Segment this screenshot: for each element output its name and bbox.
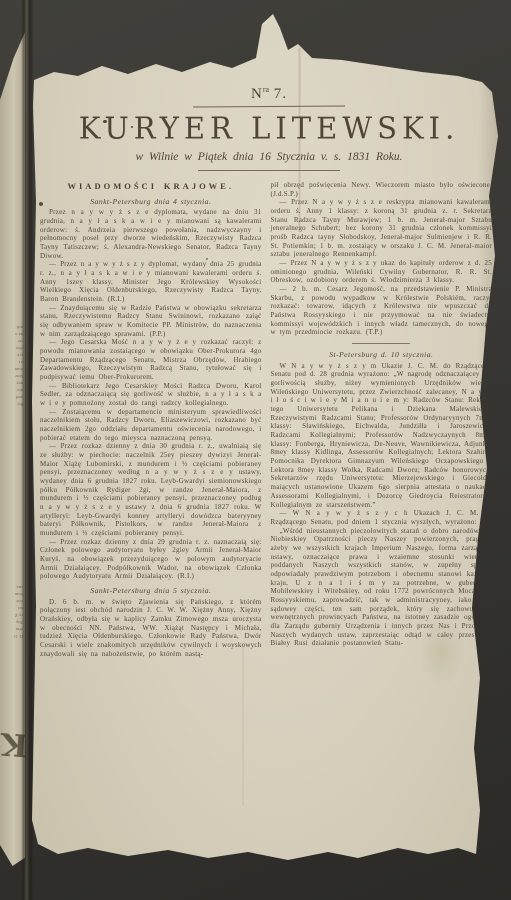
issue-number: Nra 7. <box>30 6 508 103</box>
ink-speck <box>39 202 43 206</box>
section-heading: WIADOMOŚCI KRAJOWE. <box>40 181 262 192</box>
article-paragraph: — 2 b. m. Cesarz Jegomość, na przedstawi… <box>271 285 493 337</box>
article-dateline: Sankt-Petersburg dnia 5 stycznia. <box>40 586 262 596</box>
article-paragraph: D. 6 b. m. w święto Zjawienia się Pański… <box>40 598 262 659</box>
left-column: WIADOMOŚCI KRAJOWE.Sankt-Petersburg dnia… <box>40 181 262 658</box>
article-paragraph: pił obrzęd poświęcenia Newy. Wieczorem m… <box>271 181 493 198</box>
article-paragraph: — Przez n a y w y ż s z y dyplomat, wyda… <box>40 260 262 303</box>
article-paragraph: — Przez N a y w y ż s z e reskrypta mian… <box>271 198 493 259</box>
newspaper-page: Nra 7. KURYER LITEWSKI. w Wilnie w Piąte… <box>30 6 508 888</box>
masthead-dateline: w Wilnie w Piątek dnia 16 Stycznia v. s.… <box>30 151 508 163</box>
masthead-divider <box>193 105 345 107</box>
paper-crease <box>242 646 244 806</box>
article-paragraph: — Zostaiącemu w departamencie ministeryu… <box>40 408 262 443</box>
article-paragraph: — Przez rozkaz dzienny z dnia 29 grudnia… <box>40 538 262 581</box>
article-columns: WIADOMOŚCI KRAJOWE.Sankt-Petersburg dnia… <box>30 179 508 658</box>
article-dateline: St-Petersburg d. 10 stycznia. <box>271 350 493 360</box>
article-paragraph: — Przez rozkaz dzienny z dnia 30 grudnia… <box>40 442 262 537</box>
scan-background: łby pod nia ney kow mun z r. rys obo cie… <box>0 0 511 900</box>
dateline-divider <box>198 170 340 171</box>
ink-speck <box>206 258 208 260</box>
article-paragraph: — Jego Cesarska Mość n a y w y ż e y roz… <box>40 338 262 381</box>
article-paragraph: W N a y w y ż s z y m Ukazie J. C. M. do… <box>271 362 493 509</box>
binding-fold-shadow <box>21 0 34 900</box>
column-divider <box>352 343 410 344</box>
article-dateline: Sankt-Petersburg dnia 4 stycznia. <box>40 197 262 207</box>
masthead: Nra 7. KURYER LITEWSKI. w Wilnie w Piąte… <box>30 6 508 171</box>
page-edge-shadow <box>478 66 500 846</box>
article-paragraph: — Przez N a y w y ż s z y ukaz do kapitu… <box>271 259 493 285</box>
right-column: pił obrzęd poświęcenia Newy. Wieczorem m… <box>271 181 493 658</box>
article-paragraph: — Bibliotekarz Jego Cesarskiey Mości Rad… <box>40 382 262 408</box>
article-paragraph: Przez n a y w y ż s z e dyplomata, wydan… <box>40 208 262 260</box>
masthead-title: KURYER LITEWSKI. <box>30 110 508 145</box>
article-paragraph: — W N a y w y ż s z y c h Ukazach J. C. … <box>271 509 493 526</box>
paper-stain <box>418 616 464 686</box>
article-paragraph: — Znayduiącemu się w Radzie Państwa w ob… <box>40 304 262 339</box>
